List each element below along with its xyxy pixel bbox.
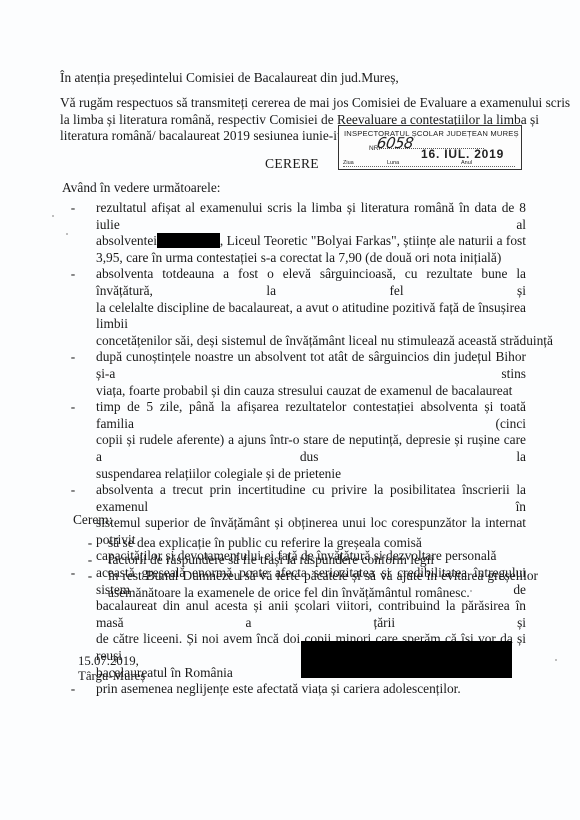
item-line: la celelalte discipline de bacalaureat, … [96,300,526,333]
demand-item: -să se dea explicație în public cu refer… [85,535,580,552]
bullet-dash: - [68,349,78,366]
demands-label: Cerem: [73,512,112,529]
item-line: absolventa totdeauna a fost o elevă sârg… [96,266,526,299]
stamp-dotted-line [343,166,515,167]
bullet-dash: - [68,681,78,698]
stamp-registration-number: 6058 [376,134,415,152]
bullet-dash: - [85,552,95,569]
registration-stamp: INSPECTORATUL ȘCOLAR JUDEȚEAN MUREȘ NR. … [338,125,522,170]
item-line: suspendarea relațiilor colegiale și de p… [96,466,526,483]
item-line: factorii de răspundere să fie trași la r… [108,552,538,569]
bullet-dash: - [68,266,78,283]
line-segment: , Liceul Teoretic "Bolyai Farkas", știin… [220,233,526,250]
intro-line: Vă rugăm respectuos să transmiteți cerer… [60,95,530,112]
bullet-dash: - [85,535,95,552]
item-line: în rest Bunul Dumnezeu să vă ierte păcat… [108,568,538,585]
fact-item: -absolventa totdeauna a fost o elevă sâr… [68,266,580,349]
item-line: copii și rudele aferente) a ajuns într-o… [96,432,526,465]
stamp-date: 16. IUL. 2019 [421,147,504,161]
item-line: absolventei, Liceul Teoretic "Bolyai Far… [96,233,526,250]
fact-item: -după cunoștințele noastre un absolvent … [68,349,580,399]
stamp-header: INSPECTORATUL ȘCOLAR JUDEȚEAN MUREȘ [344,129,519,138]
item-line: să se dea explicație în public cu referi… [108,535,538,552]
redacted-signature [301,641,512,678]
date: 15.07.2019, [78,654,145,669]
item-line: absolventa a trecut prin incertitudine c… [96,482,526,515]
item-line: după cunoștințele noastre un absolvent t… [96,349,526,382]
bullet-dash: - [68,482,78,499]
bullet-dash: - [68,200,78,217]
item-line: timp de 5 zile, până la afișarea rezulta… [96,399,526,432]
item-line: rezultatul afișat al examenului scris la… [96,200,526,233]
fact-item: -rezultatul afișat al examenului scris l… [68,200,580,266]
item-line: asemănătoare la examenele de orice fel d… [108,585,538,602]
scan-speck [555,659,557,661]
scan-speck [52,215,54,217]
stamp-footer-day: Ziua [343,160,354,166]
redacted-name [157,233,220,248]
item-line: prin asemenea neglijențe este afectată v… [96,681,526,698]
document-title: CERERE [265,156,319,172]
demand-item: -în rest Bunul Dumnezeu să vă ierte păca… [85,568,580,601]
line-segment: absolventei [96,233,157,250]
item-line: concetățenilor săi, deși sistemul de înv… [96,333,526,350]
fact-item: -timp de 5 zile, până la afișarea rezult… [68,399,580,482]
facts-list: -rezultatul afișat al examenului scris l… [0,200,580,698]
bullet-dash: - [68,399,78,416]
scanned-letter-page: În atenția președintelui Comisiei de Bac… [0,0,580,820]
scan-speck [470,590,472,592]
place: Târgu-Mureș [78,669,145,684]
preamble: Având în vedere următoarele: [62,180,221,197]
demand-item: -factorii de răspundere să fie trași la … [85,552,580,569]
stamp-footer-year: Anul [461,160,472,166]
place-and-date: 15.07.2019, Târgu-Mureș [78,654,145,684]
scan-speck [66,233,68,235]
salutation: În atenția președintelui Comisiei de Bac… [60,70,399,87]
stamp-footer-month: Luna [387,160,399,166]
item-line: viața, foarte probabil și din cauza stre… [96,383,526,400]
bullet-dash: - [85,568,95,585]
item-line: bacalaureat din anul acesta și anii școl… [96,598,526,631]
demands-list: -să se dea explicație în public cu refer… [0,535,580,601]
item-line: 3,95, care în urma contestației s-a core… [96,250,526,267]
